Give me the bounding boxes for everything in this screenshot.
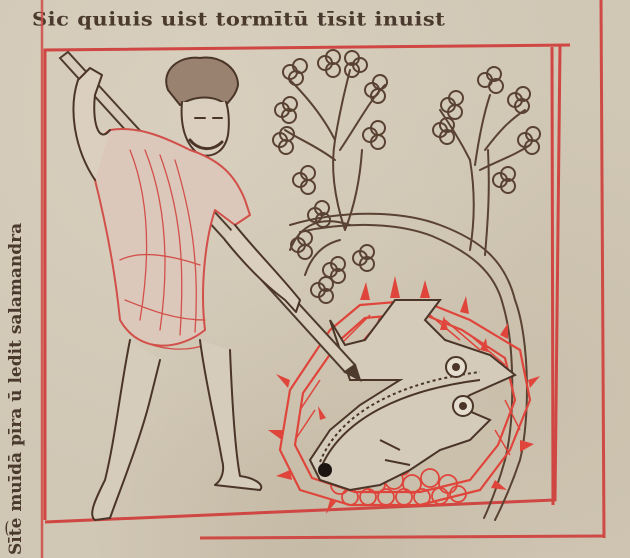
extended-arm [225, 225, 300, 312]
trefoil-leaves [273, 50, 387, 194]
manuscript-page: Sic quiuis uist tormītū tīsit inuist Sīt… [0, 0, 630, 558]
hair [166, 58, 238, 105]
man [73, 58, 300, 520]
legs [92, 340, 261, 520]
illumination [0, 0, 630, 558]
